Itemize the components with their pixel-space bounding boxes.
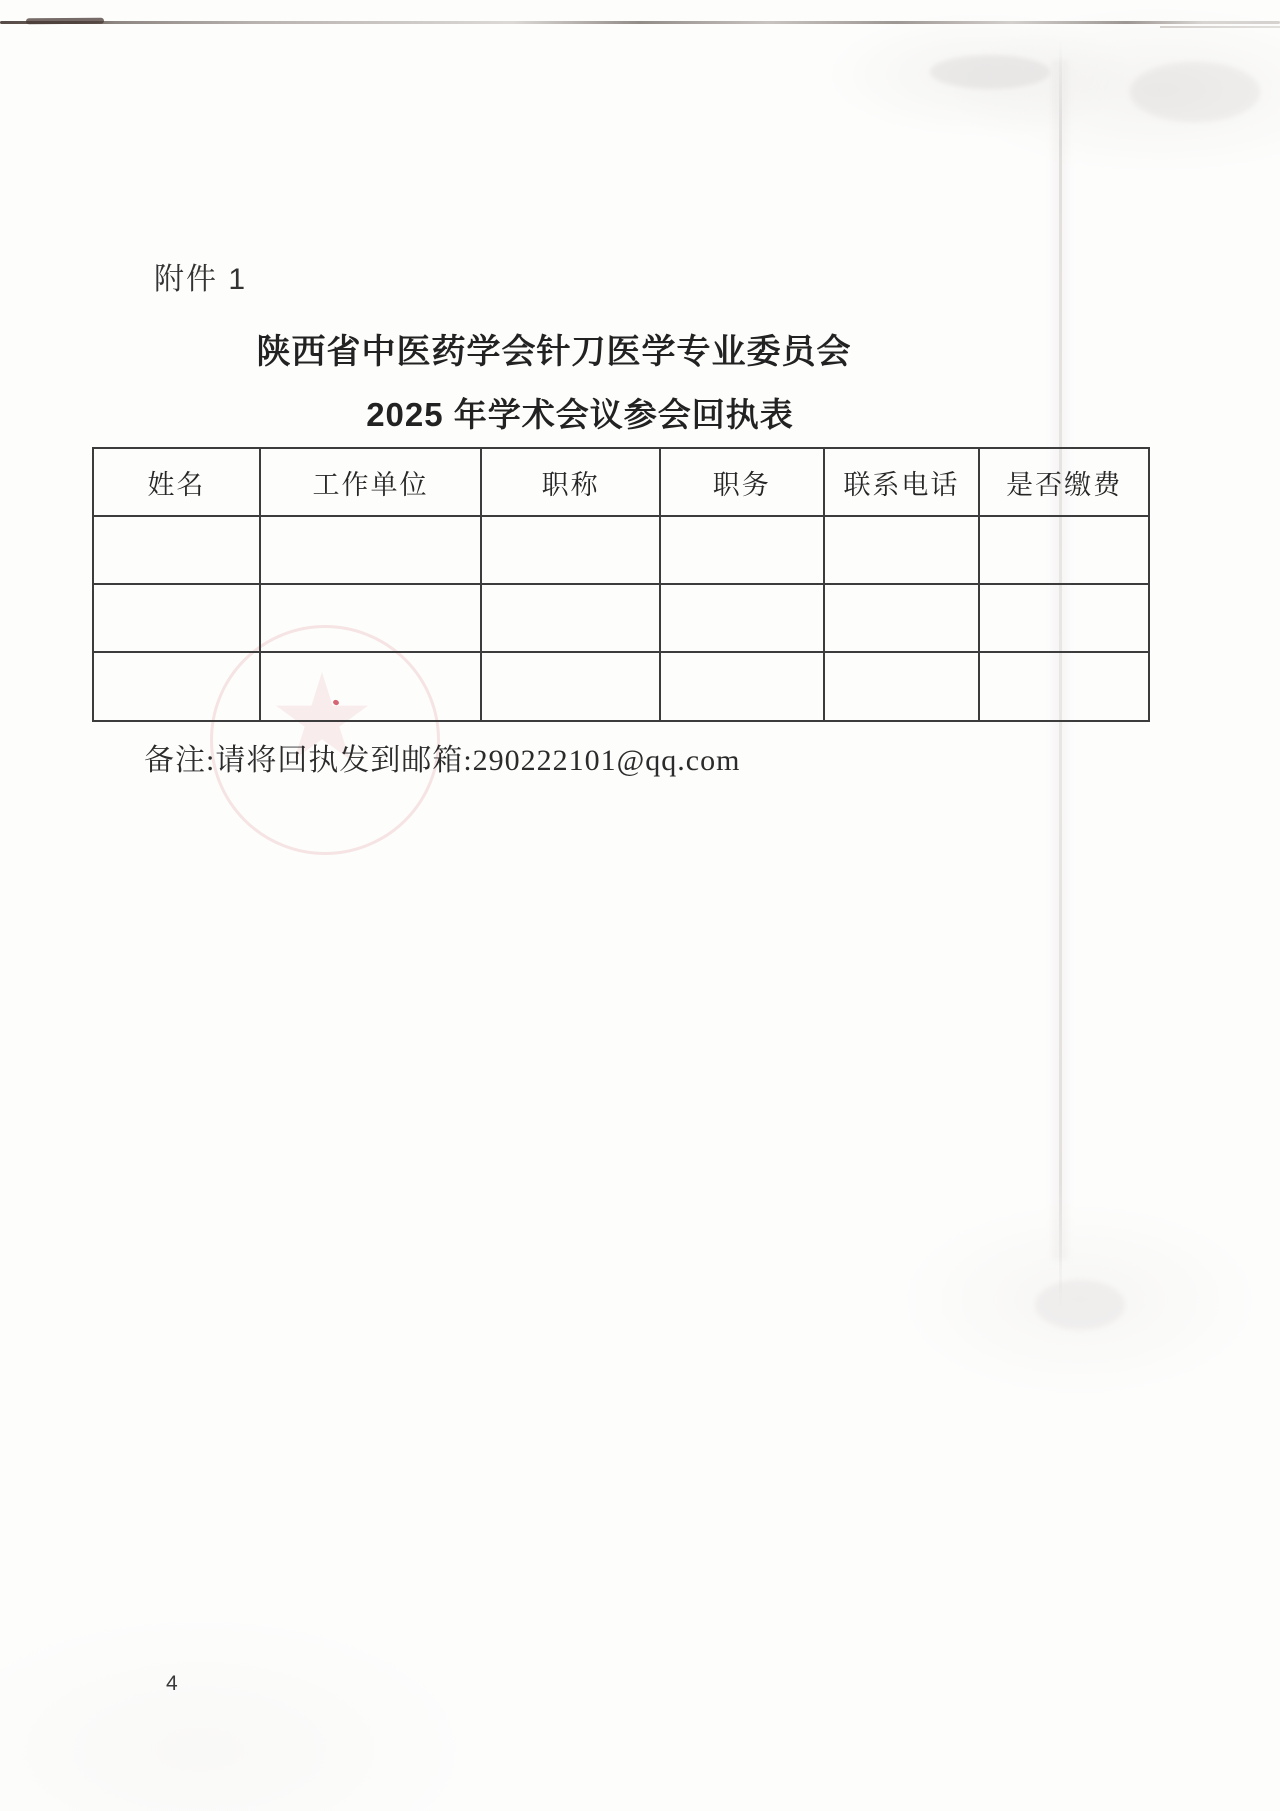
table-cell-empty	[979, 516, 1149, 584]
table-row	[93, 652, 1149, 721]
table-header-paid: 是否缴费	[979, 448, 1149, 516]
reply-form-table: 姓名 工作单位 职称 职务 联系电话 是否缴费	[92, 447, 1150, 722]
table-cell-empty	[93, 584, 260, 652]
scanned-page: 附件 1 陕西省中医药学会针刀医学专业委员会 2025 年学术会议参会回执表 姓…	[0, 0, 1280, 1811]
table-header-name: 姓名	[93, 448, 260, 516]
document-title-line1: 陕西省中医药学会针刀医学专业委员会	[0, 324, 1108, 373]
table-cell-empty	[824, 652, 980, 721]
table-cell-empty	[979, 584, 1149, 652]
table-header-title: 职称	[481, 448, 660, 516]
scan-smudge	[1130, 62, 1260, 122]
table-cell-empty	[660, 584, 824, 652]
scan-artifact-top-edge	[0, 21, 1280, 24]
table-cell-empty	[824, 516, 980, 584]
table-cell-empty	[93, 652, 260, 721]
table-row	[93, 516, 1149, 584]
table-cell-empty	[260, 652, 482, 721]
table-cell-empty	[481, 516, 660, 584]
table-cell-empty	[260, 584, 482, 652]
attachment-label: 附件 1	[154, 254, 247, 298]
table-header-row: 姓名 工作单位 职称 职务 联系电话 是否缴费	[93, 448, 1149, 516]
table-cell-empty	[824, 584, 980, 652]
table-cell-empty	[979, 652, 1149, 721]
table-header-phone: 联系电话	[824, 448, 980, 516]
table-header-work-unit: 工作单位	[260, 448, 482, 516]
table-cell-empty	[260, 516, 482, 584]
scan-smudge	[1035, 1280, 1125, 1330]
scan-smudge	[930, 55, 1050, 89]
scan-artifact-top-left-mark	[26, 18, 104, 25]
table-cell-empty	[93, 516, 260, 584]
table-cell-empty	[481, 584, 660, 652]
table-cell-empty	[660, 652, 824, 721]
table-row	[93, 584, 1149, 652]
table-cell-empty	[660, 516, 824, 584]
document-title-line2: 2025 年学术会议参会回执表	[0, 389, 1160, 436]
table-cell-empty	[481, 652, 660, 721]
note-text: 备注:请将回执发到邮箱:290222101@qq.com	[144, 735, 740, 779]
page-number: 4	[166, 1672, 178, 1696]
table-header-position: 职务	[660, 448, 824, 516]
scan-artifact-top-edge-right	[1160, 26, 1280, 28]
